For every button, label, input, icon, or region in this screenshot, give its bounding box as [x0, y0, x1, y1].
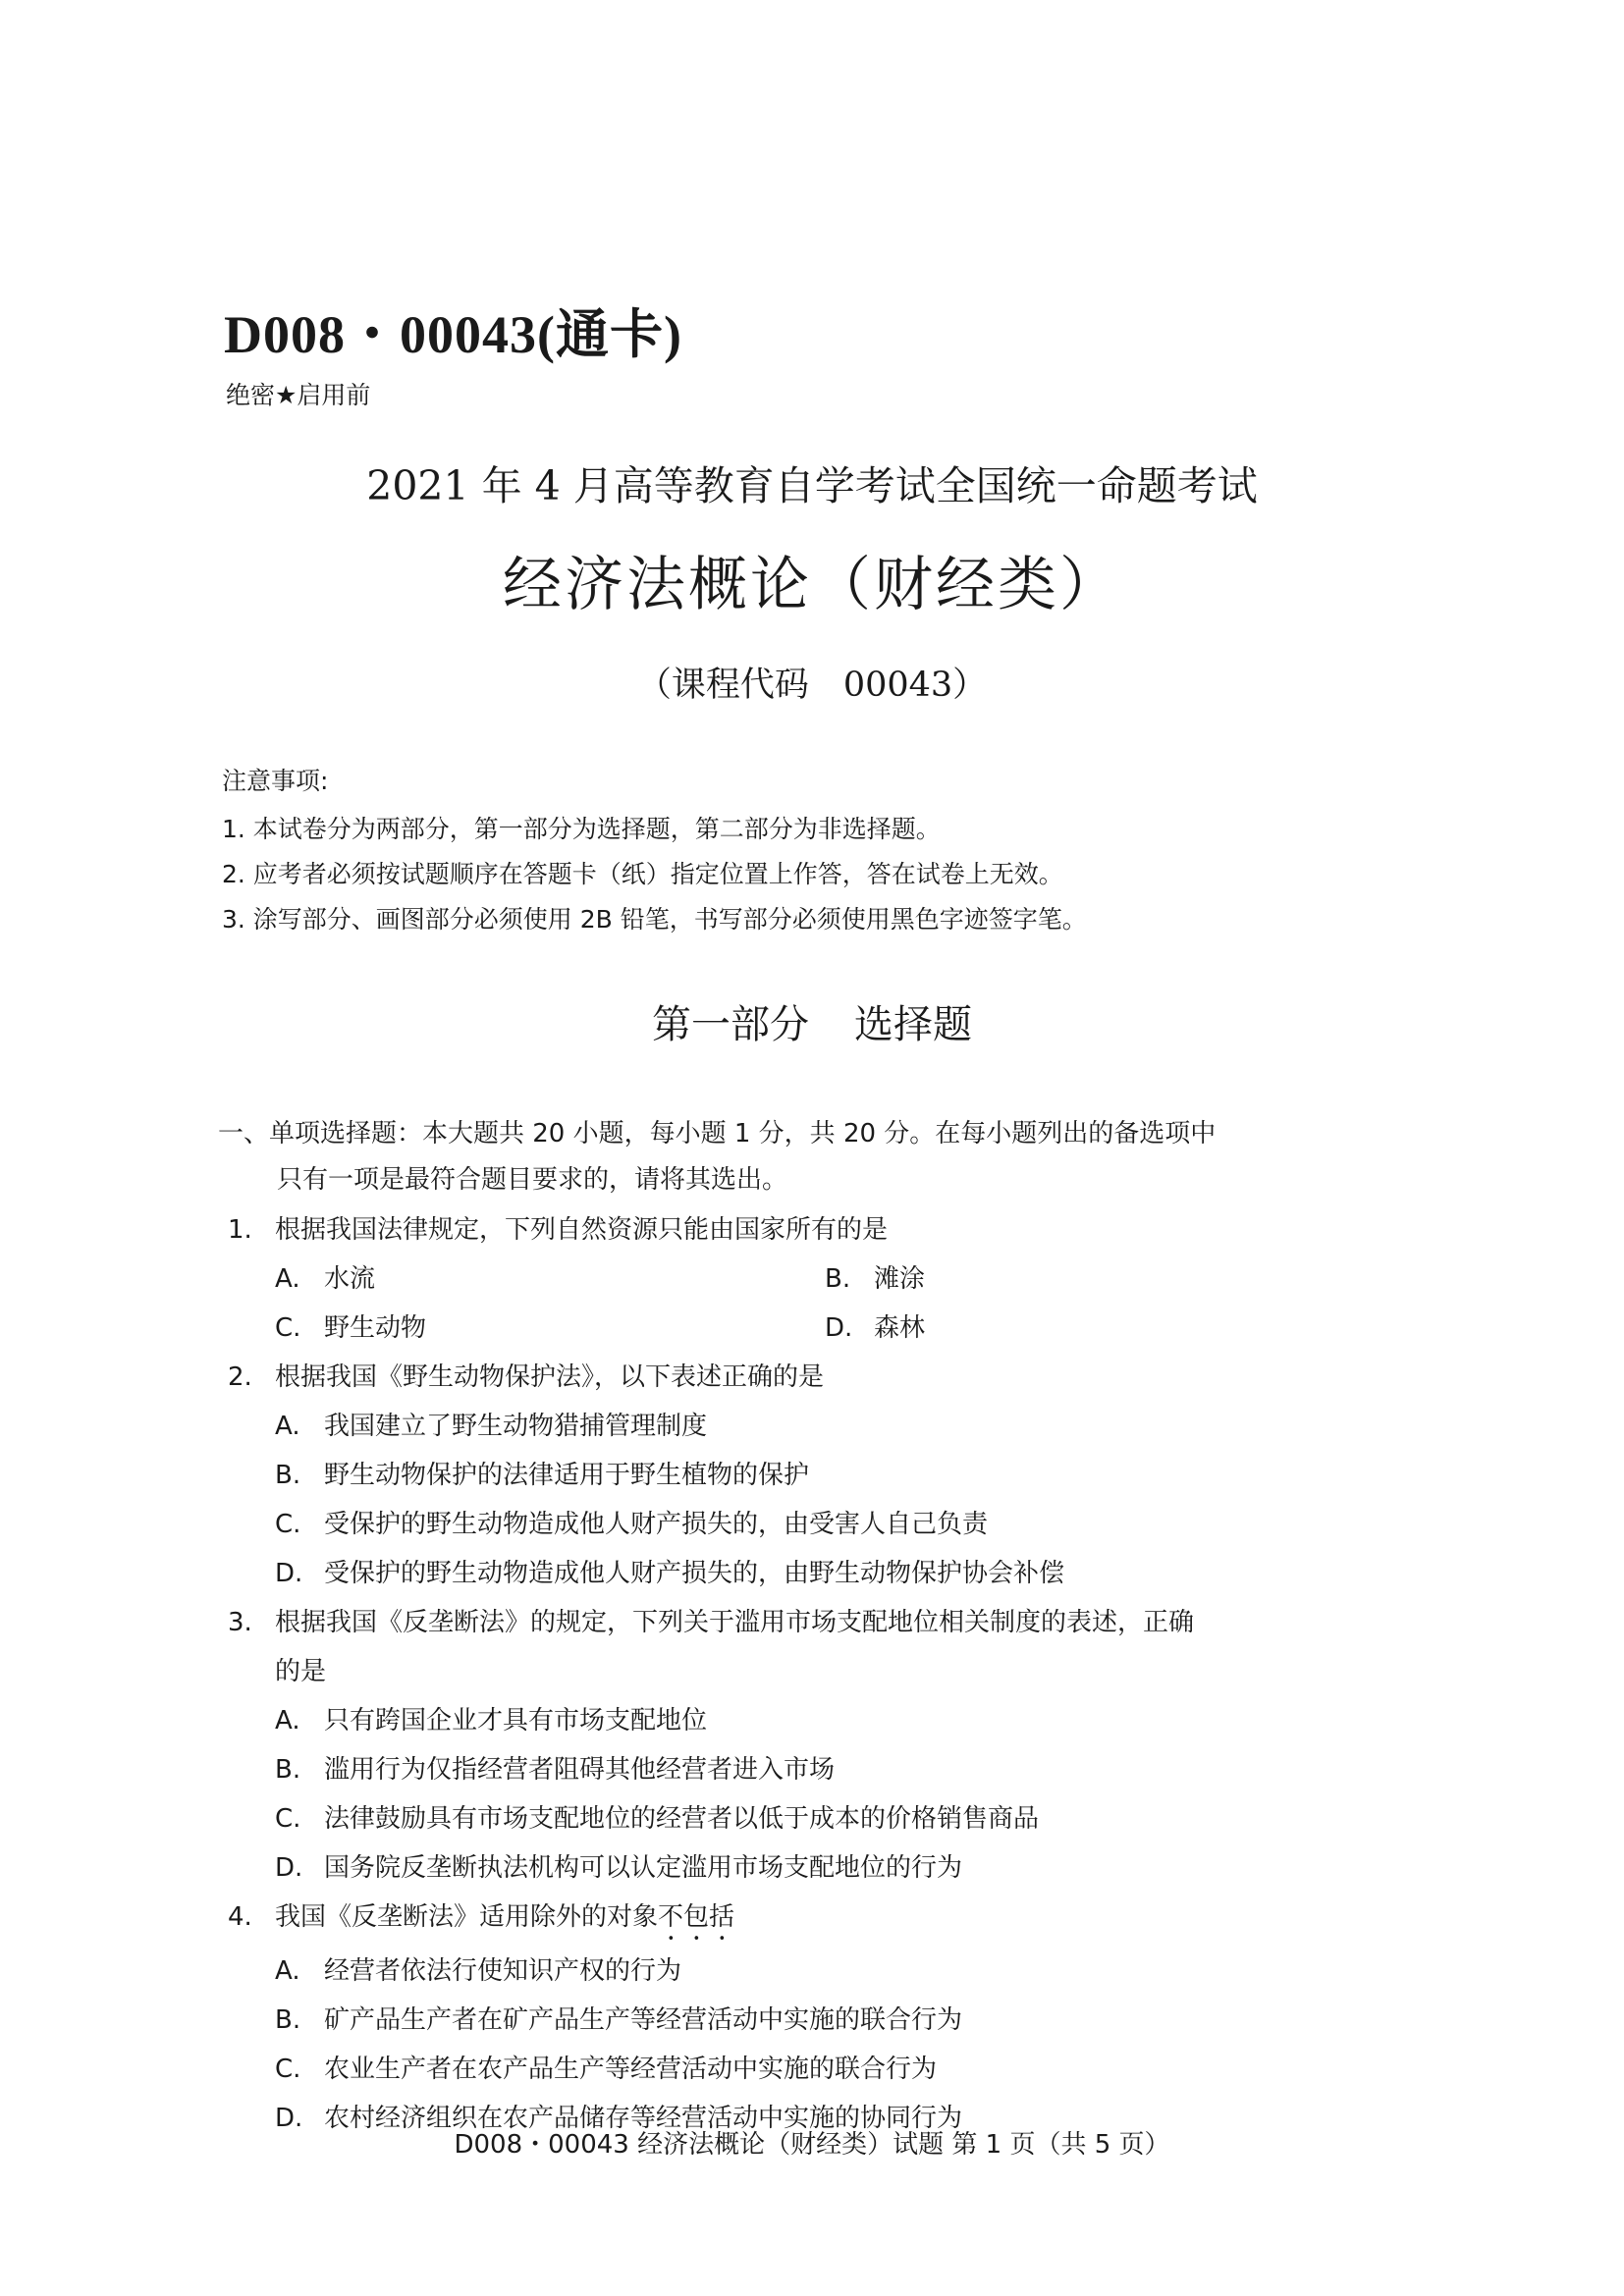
- question-2: 2.根据我国《野生动物保护法》，以下表述正确的是 A.我国建立了野生动物猎捕管理…: [228, 1353, 1375, 1598]
- option-text: 滩涂: [874, 1264, 925, 1294]
- part-one-label: 第一部分: [652, 1002, 809, 1047]
- option-text: 受保护的野生动物造成他人财产损失的，由受害人自己负责: [324, 1510, 988, 1539]
- option-c: C.受保护的野生动物造成他人财产损失的，由受害人自己负责: [228, 1500, 1375, 1549]
- option-label: C.: [275, 1794, 324, 1843]
- confidentiality-label: 绝密★启用前: [226, 376, 370, 411]
- course-code: （课程代码 00043）: [0, 658, 1624, 707]
- option-b: B.野生动物保护的法律适用于野生植物的保护: [228, 1451, 1375, 1500]
- option-text: 我国建立了野生动物猎捕管理制度: [324, 1412, 707, 1441]
- option-a: A.只有跨国企业才具有市场支配地位: [228, 1696, 1375, 1745]
- option-a: A.我国建立了野生动物猎捕管理制度: [228, 1402, 1375, 1451]
- option-c: C.农业生产者在农产品生产等经营活动中实施的联合行为: [228, 2045, 1375, 2094]
- option-label: C.: [275, 2045, 324, 2094]
- question-stem: 根据我国法律规定，下列自然资源只能由国家所有的是: [275, 1215, 888, 1245]
- option-label: D.: [275, 1549, 324, 1598]
- part-one-title: 第一部分选择题: [0, 993, 1624, 1049]
- option-text: 经营者依法行使知识产权的行为: [324, 1956, 681, 1986]
- option-d: D.森林: [825, 1304, 1375, 1353]
- subject-title: 经济法概论（财经类）: [0, 538, 1624, 622]
- question-stem: 根据我国《反垄断法》的规定，下列关于滥用市场支配地位相关制度的表述，正确: [275, 1608, 1194, 1637]
- option-text: 滥用行为仅指经营者阻碍其他经营者进入市场: [324, 1755, 835, 1785]
- option-label: A.: [275, 1402, 324, 1451]
- option-text: 野生动物保护的法律适用于野生植物的保护: [324, 1461, 809, 1490]
- option-label: D.: [275, 1843, 324, 1893]
- option-label: B.: [275, 1996, 324, 2045]
- questions-list: 1.根据我国法律规定，下列自然资源只能由国家所有的是 A.水流 B.滩涂 C.野…: [228, 1205, 1375, 2143]
- question-stem: 根据我国《野生动物保护法》，以下表述正确的是: [275, 1362, 824, 1392]
- option-label: B.: [825, 1255, 874, 1304]
- notes-title: 注意事项:: [222, 762, 1087, 797]
- notes-section: 注意事项: 1. 本试卷分为两部分，第一部分为选择题，第二部分为非选择题。 2.…: [222, 762, 1087, 942]
- option-text: 法律鼓励具有市场支配地位的经营者以低于成本的价格销售商品: [324, 1804, 1039, 1834]
- exam-title: 2021 年 4 月高等教育自学考试全国统一命题考试: [0, 454, 1624, 511]
- page-footer: D008・00043 经济法概论（财经类）试题 第 1 页（共 5 页）: [0, 2124, 1624, 2161]
- option-b: B.滩涂: [825, 1255, 1375, 1304]
- option-text: 受保护的野生动物造成他人财产损失的，由野生动物保护协会补偿: [324, 1559, 1064, 1588]
- option-text: 水流: [324, 1264, 375, 1294]
- part-one-type: 选择题: [854, 1002, 972, 1047]
- option-label: D.: [825, 1304, 874, 1353]
- option-a: A.经营者依法行使知识产权的行为: [228, 1947, 1375, 1996]
- section-one-intro: 一、单项选择题：本大题共 20 小题，每小题 1 分，共 20 分。在每小题列出…: [218, 1111, 1216, 1203]
- option-label: C.: [275, 1304, 324, 1353]
- option-text: 野生动物: [324, 1313, 426, 1343]
- option-label: C.: [275, 1500, 324, 1549]
- option-label: A.: [275, 1947, 324, 1996]
- question-number: 2.: [228, 1353, 275, 1402]
- question-3: 3.根据我国《反垄断法》的规定，下列关于滥用市场支配地位相关制度的表述，正确 的…: [228, 1598, 1375, 1893]
- option-label: B.: [275, 1451, 324, 1500]
- option-text: 森林: [874, 1313, 925, 1343]
- option-label: B.: [275, 1745, 324, 1794]
- section-intro-line: 一、单项选择题：本大题共 20 小题，每小题 1 分，共 20 分。在每小题列出…: [218, 1111, 1216, 1157]
- question-1: 1.根据我国法律规定，下列自然资源只能由国家所有的是 A.水流 B.滩涂 C.野…: [228, 1205, 1375, 1353]
- paper-code: D008・00043(通卡): [224, 293, 682, 368]
- option-text: 农业生产者在农产品生产等经营活动中实施的联合行为: [324, 2055, 937, 2084]
- option-d: D.国务院反垄断执法机构可以认定滥用市场支配地位的行为: [228, 1843, 1375, 1893]
- option-a: A.水流: [275, 1255, 825, 1304]
- option-label: A.: [275, 1255, 324, 1304]
- note-item: 2. 应考者必须按试题顺序在答题卡（纸）指定位置上作答，答在试卷上无效。: [222, 852, 1087, 897]
- option-d: D.受保护的野生动物造成他人财产损失的，由野生动物保护协会补偿: [228, 1549, 1375, 1598]
- option-text: 国务院反垄断执法机构可以认定滥用市场支配地位的行为: [324, 1853, 962, 1883]
- option-text: 矿产品生产者在矿产品生产等经营活动中实施的联合行为: [324, 2005, 962, 2035]
- question-stem-emphasis: 不包括: [658, 1902, 734, 1932]
- note-item: 1. 本试卷分为两部分，第一部分为选择题，第二部分为非选择题。: [222, 807, 1087, 852]
- option-c: C.法律鼓励具有市场支配地位的经营者以低于成本的价格销售商品: [228, 1794, 1375, 1843]
- question-4: 4.我国《反垄断法》适用除外的对象不包括 A.经营者依法行使知识产权的行为 B.…: [228, 1893, 1375, 2143]
- question-stem-continued: 的是: [228, 1647, 1375, 1696]
- question-number: 1.: [228, 1205, 275, 1255]
- section-intro-line: 只有一项是最符合题目要求的，请将其选出。: [218, 1157, 1216, 1203]
- option-b: B.矿产品生产者在矿产品生产等经营活动中实施的联合行为: [228, 1996, 1375, 2045]
- option-label: A.: [275, 1696, 324, 1745]
- option-c: C.野生动物: [275, 1304, 825, 1353]
- note-item: 3. 涂写部分、画图部分必须使用 2B 铅笔，书写部分必须使用黑色字迹签字笔。: [222, 897, 1087, 942]
- question-number: 4.: [228, 1893, 275, 1942]
- option-text: 只有跨国企业才具有市场支配地位: [324, 1706, 707, 1735]
- question-stem: 我国《反垄断法》适用除外的对象: [275, 1902, 658, 1932]
- question-number: 3.: [228, 1598, 275, 1647]
- option-b: B.滥用行为仅指经营者阻碍其他经营者进入市场: [228, 1745, 1375, 1794]
